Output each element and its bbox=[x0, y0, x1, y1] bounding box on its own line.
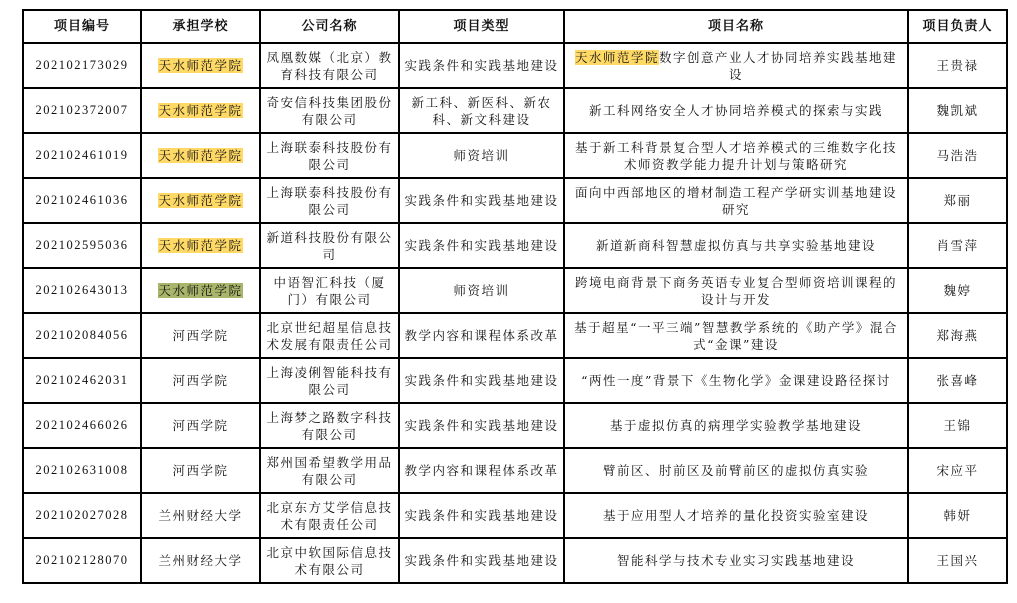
school-name: 天水师范学院 bbox=[158, 103, 242, 118]
cell-company: 上海联泰科技股份有限公司 bbox=[260, 133, 399, 178]
project-name-text: 基于应用型人才培养的量化投资实验室建设 bbox=[603, 508, 869, 523]
cell-project-name: 跨境电商背景下商务英语专业复合型师资培训课程的设计与开发 bbox=[564, 268, 908, 313]
cell-type: 实践条件和实践基地建设 bbox=[399, 358, 564, 403]
project-name-text: 跨境电商背景下商务英语专业复合型师资培训课程的设计与开发 bbox=[575, 275, 897, 307]
cell-project-id: 202102595036 bbox=[23, 223, 141, 268]
cell-type: 实践条件和实践基地建设 bbox=[399, 403, 564, 448]
project-name-highlight: 天水师范学院 bbox=[575, 50, 659, 65]
cell-project-id: 202102462031 bbox=[23, 358, 141, 403]
cell-project-id: 202102461019 bbox=[23, 133, 141, 178]
cell-leader: 宋应平 bbox=[908, 448, 1007, 493]
cell-type: 师资培训 bbox=[399, 133, 564, 178]
school-name: 河西学院 bbox=[172, 328, 228, 343]
cell-project-id: 202102466026 bbox=[23, 403, 141, 448]
cell-project-name: 天水师范学院数字创意产业人才协同培养实践基地建设 bbox=[564, 43, 908, 88]
cell-project-name: 新工科网络安全人才协同培养模式的探索与实践 bbox=[564, 88, 908, 133]
cell-type: 实践条件和实践基地建设 bbox=[399, 223, 564, 268]
table-body: 202102173029天水师范学院凤凰数媒（北京）教育科技有限公司实践条件和实… bbox=[23, 43, 1007, 583]
cell-project-id: 202102084056 bbox=[23, 313, 141, 358]
project-name-text: 面向中西部地区的增材制造工程产学研实训基地建设研究 bbox=[575, 185, 897, 217]
cell-leader: 马浩浩 bbox=[908, 133, 1007, 178]
cell-project-id: 202102027028 bbox=[23, 493, 141, 538]
cell-type: 新工科、新医科、新农科、新文科建设 bbox=[399, 88, 564, 133]
cell-school: 天水师范学院 bbox=[141, 133, 260, 178]
cell-project-id: 202102643013 bbox=[23, 268, 141, 313]
cell-leader: 郑海燕 bbox=[908, 313, 1007, 358]
cell-project-name: 基于新工科背景复合型人才培养模式的三维数字化技术师资教学能力提升计划与策略研究 bbox=[564, 133, 908, 178]
header-project-name: 项目名称 bbox=[564, 10, 908, 43]
cell-project-id: 202102631008 bbox=[23, 448, 141, 493]
header-leader: 项目负责人 bbox=[908, 10, 1007, 43]
cell-school: 河西学院 bbox=[141, 403, 260, 448]
header-school: 承担学校 bbox=[141, 10, 260, 43]
cell-company: 中语智汇科技（厦门）有限公司 bbox=[260, 268, 399, 313]
cell-company: 新道科技股份有限公司 bbox=[260, 223, 399, 268]
cell-company: 上海梦之路数字科技有限公司 bbox=[260, 403, 399, 448]
cell-type: 实践条件和实践基地建设 bbox=[399, 178, 564, 223]
school-name: 天水师范学院 bbox=[158, 58, 242, 73]
cell-project-name: 面向中西部地区的增材制造工程产学研实训基地建设研究 bbox=[564, 178, 908, 223]
project-name-text: 新工科网络安全人才协同培养模式的探索与实践 bbox=[589, 103, 883, 118]
cell-type: 师资培训 bbox=[399, 268, 564, 313]
table-row: 202102084056河西学院北京世纪超星信息技术发展有限责任公司教学内容和课… bbox=[23, 313, 1007, 358]
cell-school: 河西学院 bbox=[141, 358, 260, 403]
school-name: 天水师范学院 bbox=[158, 238, 242, 253]
cell-school: 河西学院 bbox=[141, 313, 260, 358]
cell-school: 兰州财经大学 bbox=[141, 538, 260, 583]
table-row: 202102372007天水师范学院奇安信科技集团股份有限公司新工科、新医科、新… bbox=[23, 88, 1007, 133]
school-name: 河西学院 bbox=[172, 418, 228, 433]
project-name-text: 基于新工科背景复合型人才培养模式的三维数字化技术师资教学能力提升计划与策略研究 bbox=[575, 140, 897, 172]
cell-project-id: 202102461036 bbox=[23, 178, 141, 223]
project-name-text: 臂前区、肘前区及前臂前区的虚拟仿真实验 bbox=[603, 463, 869, 478]
cell-school: 天水师范学院 bbox=[141, 268, 260, 313]
school-name: 河西学院 bbox=[172, 463, 228, 478]
cell-project-name: 新道新商科智慧虚拟仿真与共享实验基地建设 bbox=[564, 223, 908, 268]
cell-school: 兰州财经大学 bbox=[141, 493, 260, 538]
table-row: 202102128070兰州财经大学北京中软国际信息技术有限公司实践条件和实践基… bbox=[23, 538, 1007, 583]
cell-leader: 王贵禄 bbox=[908, 43, 1007, 88]
cell-leader: 张喜峰 bbox=[908, 358, 1007, 403]
cell-project-id: 202102173029 bbox=[23, 43, 141, 88]
header-type: 项目类型 bbox=[399, 10, 564, 43]
school-name: 兰州财经大学 bbox=[158, 508, 242, 523]
project-name-text: 基于超星“一平三端”智慧教学系统的《助产学》混合式“金课”建设 bbox=[574, 320, 898, 352]
cell-company: 上海联泰科技股份有限公司 bbox=[260, 178, 399, 223]
table-row: 202102461019天水师范学院上海联泰科技股份有限公司师资培训基于新工科背… bbox=[23, 133, 1007, 178]
cell-leader: 王锦 bbox=[908, 403, 1007, 448]
cell-company: 上海凌俐智能科技有限公司 bbox=[260, 358, 399, 403]
table-row: 202102462031河西学院上海凌俐智能科技有限公司实践条件和实践基地建设“… bbox=[23, 358, 1007, 403]
table-row: 202102027028兰州财经大学北京东方艾学信息技术有限责任公司实践条件和实… bbox=[23, 493, 1007, 538]
cell-project-id: 202102372007 bbox=[23, 88, 141, 133]
project-table: 项目编号 承担学校 公司名称 项目类型 项目名称 项目负责人 202102173… bbox=[22, 9, 1008, 584]
project-name-text: 基于虚拟仿真的病理学实验教学基地建设 bbox=[610, 418, 862, 433]
cell-type: 教学内容和课程体系改革 bbox=[399, 448, 564, 493]
cell-company: 郑州国希望教学用品有限公司 bbox=[260, 448, 399, 493]
school-name: 兰州财经大学 bbox=[158, 553, 242, 568]
cell-school: 天水师范学院 bbox=[141, 43, 260, 88]
cell-project-name: 基于应用型人才培养的量化投资实验室建设 bbox=[564, 493, 908, 538]
cell-leader: 肖雪萍 bbox=[908, 223, 1007, 268]
cell-company: 北京世纪超星信息技术发展有限责任公司 bbox=[260, 313, 399, 358]
cell-project-id: 202102128070 bbox=[23, 538, 141, 583]
project-name-text: “两性一度”背景下《生物化学》金课建设路径探讨 bbox=[581, 373, 891, 388]
cell-leader: 郑丽 bbox=[908, 178, 1007, 223]
cell-company: 奇安信科技集团股份有限公司 bbox=[260, 88, 399, 133]
cell-project-name: 基于虚拟仿真的病理学实验教学基地建设 bbox=[564, 403, 908, 448]
cell-company: 北京中软国际信息技术有限公司 bbox=[260, 538, 399, 583]
table-row: 202102595036天水师范学院新道科技股份有限公司实践条件和实践基地建设新… bbox=[23, 223, 1007, 268]
header-company: 公司名称 bbox=[260, 10, 399, 43]
table-row: 202102461036天水师范学院上海联泰科技股份有限公司实践条件和实践基地建… bbox=[23, 178, 1007, 223]
cell-type: 实践条件和实践基地建设 bbox=[399, 538, 564, 583]
table-row: 202102631008河西学院郑州国希望教学用品有限公司教学内容和课程体系改革… bbox=[23, 448, 1007, 493]
school-name: 天水师范学院 bbox=[158, 283, 242, 298]
school-name: 河西学院 bbox=[172, 373, 228, 388]
table-row: 202102173029天水师范学院凤凰数媒（北京）教育科技有限公司实践条件和实… bbox=[23, 43, 1007, 88]
cell-school: 天水师范学院 bbox=[141, 178, 260, 223]
cell-school: 天水师范学院 bbox=[141, 88, 260, 133]
cell-project-name: 臂前区、肘前区及前臂前区的虚拟仿真实验 bbox=[564, 448, 908, 493]
cell-leader: 王国兴 bbox=[908, 538, 1007, 583]
cell-type: 实践条件和实践基地建设 bbox=[399, 43, 564, 88]
header-project-id: 项目编号 bbox=[23, 10, 141, 43]
table-row: 202102643013天水师范学院中语智汇科技（厦门）有限公司师资培训跨境电商… bbox=[23, 268, 1007, 313]
cell-leader: 魏婷 bbox=[908, 268, 1007, 313]
cell-project-name: “两性一度”背景下《生物化学》金课建设路径探讨 bbox=[564, 358, 908, 403]
header-row: 项目编号 承担学校 公司名称 项目类型 项目名称 项目负责人 bbox=[23, 10, 1007, 43]
cell-company: 凤凰数媒（北京）教育科技有限公司 bbox=[260, 43, 399, 88]
cell-project-name: 基于超星“一平三端”智慧教学系统的《助产学》混合式“金课”建设 bbox=[564, 313, 908, 358]
cell-school: 河西学院 bbox=[141, 448, 260, 493]
cell-school: 天水师范学院 bbox=[141, 223, 260, 268]
cell-company: 北京东方艾学信息技术有限责任公司 bbox=[260, 493, 399, 538]
cell-type: 实践条件和实践基地建设 bbox=[399, 493, 564, 538]
project-name-text: 新道新商科智慧虚拟仿真与共享实验基地建设 bbox=[596, 238, 876, 253]
school-name: 天水师范学院 bbox=[158, 148, 242, 163]
cell-leader: 韩妍 bbox=[908, 493, 1007, 538]
project-name-text: 数字创意产业人才协同培养实践基地建设 bbox=[659, 50, 897, 82]
project-name-text: 智能科学与技术专业实习实践基地建设 bbox=[617, 553, 855, 568]
cell-type: 教学内容和课程体系改革 bbox=[399, 313, 564, 358]
cell-leader: 魏凯斌 bbox=[908, 88, 1007, 133]
table-row: 202102466026河西学院上海梦之路数字科技有限公司实践条件和实践基地建设… bbox=[23, 403, 1007, 448]
cell-project-name: 智能科学与技术专业实习实践基地建设 bbox=[564, 538, 908, 583]
school-name: 天水师范学院 bbox=[158, 193, 242, 208]
